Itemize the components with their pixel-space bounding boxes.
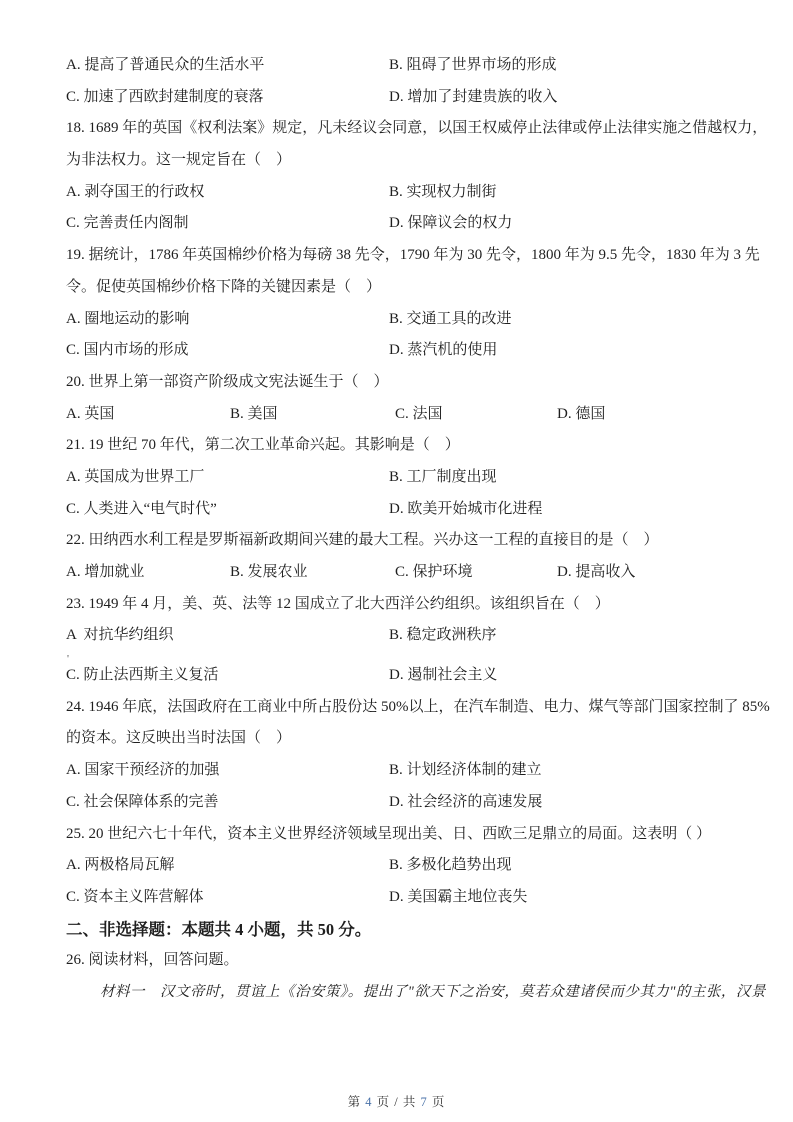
question-22-stem: 22. 田纳西水利工程是罗斯福新政期间兴建的最大工程。兴办这一工程的直接目的是（… xyxy=(66,525,743,557)
question-17-options-row-2: C. 加速了西欧封建制度的衰落 D. 增加了封建贵族的收入 xyxy=(66,82,743,114)
total-page-number: 7 xyxy=(420,1095,427,1109)
q20-option-d: D. 德国 xyxy=(557,399,743,431)
q17-option-b: B. 阻碍了世界市场的形成 xyxy=(389,50,743,82)
q22-option-d: D. 提高收入 xyxy=(557,557,743,589)
question-24-stem-line-2: 的资本。这反映出当时法国（ ） xyxy=(66,723,743,755)
q22-option-b: B. 发展农业 xyxy=(230,557,395,589)
question-23-options-row-2: C. 防止法西斯主义复活 D. 遏制社会主义 xyxy=(66,660,743,692)
q20-option-b: B. 美国 xyxy=(230,399,395,431)
q25-option-a: A. 两极格局瓦解 xyxy=(66,850,389,882)
q18-option-b: B. 实现权力制街 xyxy=(389,177,743,209)
page-footer: 第 4 页 / 共 7 页 xyxy=(0,1092,793,1110)
q21-option-b: B. 工厂制度出现 xyxy=(389,462,743,494)
q23-option-c: C. 防止法西斯主义复活 xyxy=(66,660,389,692)
footer-mid: 页 / 共 xyxy=(373,1095,421,1109)
question-23-options-row-1: A 对抗华约组织 B. 稳定政洲秩序 ' xyxy=(66,620,743,652)
question-22-options-row: A. 增加就业 B. 发展农业 C. 保护环境 D. 提高收入 xyxy=(66,557,743,589)
q25-option-c: C. 资本主义阵营解体 xyxy=(66,882,389,914)
q21-option-c: C. 人类进入“电气时代” xyxy=(66,494,389,526)
question-19-stem-line-1: 19. 据统计，1786 年英国棉纱价格为每磅 38 先令，1790 年为 30… xyxy=(66,240,743,272)
question-17-options-row-1: A. 提高了普通民众的生活水平 B. 阻碍了世界市场的形成 xyxy=(66,50,743,82)
q24-option-d: D. 社会经济的高速发展 xyxy=(389,787,743,819)
question-18-stem-line-1: 18. 1689 年的英国《权利法案》规定，凡未经议会同意，以国王权威停止法律或… xyxy=(66,113,743,145)
q21-option-a: A. 英国成为世界工厂 xyxy=(66,462,389,494)
q19-option-c: C. 国内市场的形成 xyxy=(66,335,389,367)
q17-option-d: D. 增加了封建贵族的收入 xyxy=(389,82,743,114)
footer-suffix: 页 xyxy=(428,1095,446,1109)
question-18-options-row-1: A. 剥夺国王的行政权 B. 实现权力制街 xyxy=(66,177,743,209)
question-19-stem-line-2: 令。促使英国棉纱价格下降的关键因素是（ ） xyxy=(66,272,743,304)
exam-page-content: A. 提高了普通民众的生活水平 B. 阻碍了世界市场的形成 C. 加速了西欧封建… xyxy=(66,50,743,1009)
q22-option-a: A. 增加就业 xyxy=(66,557,230,589)
q25-option-d: D. 美国霸主地位丧失 xyxy=(389,882,743,914)
question-18-stem-line-2: 为非法权力。这一规定旨在（ ） xyxy=(66,145,743,177)
q17-option-c: C. 加速了西欧封建制度的衰落 xyxy=(66,82,389,114)
q21-option-d: D. 欧美开始城市化进程 xyxy=(389,494,743,526)
q20-option-a: A. 英国 xyxy=(66,399,230,431)
q18-option-d: D. 保障议会的权力 xyxy=(389,208,743,240)
q17-option-a: A. 提高了普通民众的生活水平 xyxy=(66,50,389,82)
q18-option-a: A. 剥夺国王的行政权 xyxy=(66,177,389,209)
question-24-options-row-2: C. 社会保障体系的完善 D. 社会经济的高速发展 xyxy=(66,787,743,819)
question-25-stem: 25. 20 世纪六七十年代，资本主义世界经济领域呈现出美、日、西欧三足鼎立的局… xyxy=(66,819,743,851)
question-21-stem: 21. 19 世纪 70 年代，第二次工业革命兴起。其影响是（ ） xyxy=(66,430,743,462)
question-25-options-row-1: A. 两极格局瓦解 B. 多极化趋势出现 xyxy=(66,850,743,882)
q23-option-a: A 对抗华约组织 xyxy=(66,620,389,652)
current-page-number: 4 xyxy=(365,1095,372,1109)
question-21-options-row-2: C. 人类进入“电气时代” D. 欧美开始城市化进程 xyxy=(66,494,743,526)
q19-option-b: B. 交通工具的改进 xyxy=(389,304,743,336)
q24-option-c: C. 社会保障体系的完善 xyxy=(66,787,389,819)
q19-option-a: A. 圈地运动的影响 xyxy=(66,304,389,336)
stray-punctuation-mark: ' xyxy=(67,644,69,676)
question-18-options-row-2: C. 完善责任内阁制 D. 保障议会的权力 xyxy=(66,208,743,240)
q20-option-c: C. 法国 xyxy=(395,399,557,431)
q23-option-b: B. 稳定政洲秩序 xyxy=(389,620,743,652)
question-26-material-1: 材料一 汉文帝时，贯谊上《治安策》。提出了"欲天下之治安，莫若众建诸侯而少其力"… xyxy=(66,977,743,1009)
question-21-options-row-1: A. 英国成为世界工厂 B. 工厂制度出现 xyxy=(66,462,743,494)
question-20-options-row: A. 英国 B. 美国 C. 法国 D. 德国 xyxy=(66,399,743,431)
question-24-options-row-1: A. 国家干预经济的加强 B. 计划经济体制的建立 xyxy=(66,755,743,787)
question-24-stem-line-1: 24. 1946 年底，法国政府在工商业中所占股份达 50%以上，在汽车制造、电… xyxy=(66,692,743,724)
section-2-header: 二、非选择题：本题共 4 小题，共 50 分。 xyxy=(66,914,743,946)
q25-option-b: B. 多极化趋势出现 xyxy=(389,850,743,882)
question-19-options-row-1: A. 圈地运动的影响 B. 交通工具的改进 xyxy=(66,304,743,336)
question-20-stem: 20. 世界上第一部资产阶级成文宪法诞生于（ ） xyxy=(66,367,743,399)
footer-prefix: 第 xyxy=(348,1095,366,1109)
question-23-stem: 23. 1949 年 4 月，美、英、法等 12 国成立了北大西洋公约组织。该组… xyxy=(66,589,743,621)
question-26-stem: 26. 阅读材料，回答问题。 xyxy=(66,945,743,977)
question-25-options-row-2: C. 资本主义阵营解体 D. 美国霸主地位丧失 xyxy=(66,882,743,914)
q23-option-d: D. 遏制社会主义 xyxy=(389,660,743,692)
q18-option-c: C. 完善责任内阁制 xyxy=(66,208,389,240)
q19-option-d: D. 蒸汽机的使用 xyxy=(389,335,743,367)
q24-option-a: A. 国家干预经济的加强 xyxy=(66,755,389,787)
q24-option-b: B. 计划经济体制的建立 xyxy=(389,755,743,787)
q22-option-c: C. 保护环境 xyxy=(395,557,557,589)
question-19-options-row-2: C. 国内市场的形成 D. 蒸汽机的使用 xyxy=(66,335,743,367)
